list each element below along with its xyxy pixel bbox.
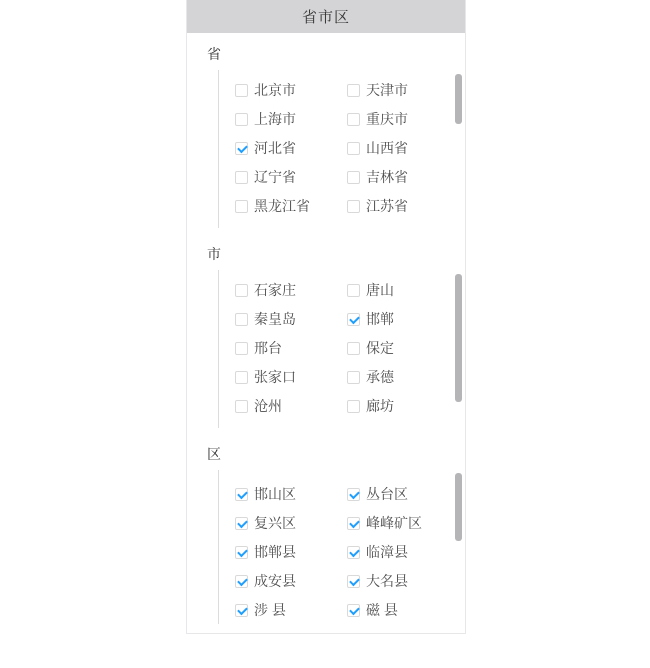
checkbox-label: 磁 县 [366, 602, 398, 619]
checkbox[interactable] [347, 546, 360, 559]
checkbox[interactable] [347, 284, 360, 297]
checkbox[interactable] [347, 575, 360, 588]
checkbox-item-xingtai[interactable]: 邢台 [235, 340, 347, 357]
checkbox-label: 邯山区 [254, 486, 296, 503]
panel-header: 省市区 [187, 0, 465, 33]
checkbox-item-chengan[interactable]: 成安县 [235, 573, 347, 590]
checkbox-item-jilin[interactable]: 吉林省 [347, 169, 438, 186]
checkbox-label: 峰峰矿区 [366, 515, 422, 532]
checkbox[interactable] [235, 171, 248, 184]
checkbox-label: 唐山 [366, 282, 394, 299]
checkbox-label: 吉林省 [366, 169, 408, 186]
checkbox-item-linzhang[interactable]: 临漳县 [347, 544, 438, 561]
checkbox[interactable] [235, 488, 248, 501]
checkbox[interactable] [235, 546, 248, 559]
checkbox-label: 天津市 [366, 82, 408, 99]
checkbox-label: 邢台 [254, 340, 282, 357]
checkbox-item-chongqing[interactable]: 重庆市 [347, 111, 438, 128]
checkbox-label: 复兴区 [254, 515, 296, 532]
checkbox-label: 江苏省 [366, 198, 408, 215]
checkbox[interactable] [347, 517, 360, 530]
checkbox[interactable] [347, 171, 360, 184]
checkbox-label: 上海市 [254, 111, 296, 128]
checkbox[interactable] [235, 371, 248, 384]
checkbox[interactable] [347, 313, 360, 326]
checkbox[interactable] [235, 342, 248, 355]
checkbox-item-fengfengkuang[interactable]: 峰峰矿区 [347, 515, 438, 532]
checkbox-label: 重庆市 [366, 111, 408, 128]
checkbox-item-congtai[interactable]: 丛台区 [347, 486, 438, 503]
checkbox-item-tianjin[interactable]: 天津市 [347, 82, 438, 99]
checkbox-label: 秦皇岛 [254, 311, 296, 328]
section-label-district: 区 [207, 446, 221, 462]
checkbox-item-hanshan[interactable]: 邯山区 [235, 486, 347, 503]
checkbox[interactable] [347, 488, 360, 501]
checkbox-item-shexian[interactable]: 涉 县 [235, 602, 347, 619]
checkbox[interactable] [347, 400, 360, 413]
checkbox-label: 石家庄 [254, 282, 296, 299]
checkbox-label: 黑龙江省 [254, 198, 310, 215]
checkbox-label: 邯郸 [366, 311, 394, 328]
checkbox-item-baoding[interactable]: 保定 [347, 340, 438, 357]
checkbox-item-fuxing[interactable]: 复兴区 [235, 515, 347, 532]
checkbox[interactable] [235, 313, 248, 326]
checkbox[interactable] [235, 604, 248, 617]
checkbox-item-shanghai[interactable]: 上海市 [235, 111, 347, 128]
checkbox[interactable] [347, 113, 360, 126]
checkbox-item-cixian[interactable]: 磁 县 [347, 602, 438, 619]
checkbox-item-beijing[interactable]: 北京市 [235, 82, 347, 99]
checkbox-item-shijiazhuang[interactable]: 石家庄 [235, 282, 347, 299]
city-scrollbar-thumb[interactable] [455, 274, 462, 402]
checkbox-label: 山西省 [366, 140, 408, 157]
checkbox-label: 北京市 [254, 82, 296, 99]
checkbox[interactable] [347, 342, 360, 355]
checkbox[interactable] [347, 200, 360, 213]
checkbox-item-handan-city[interactable]: 邯郸 [347, 311, 438, 328]
city-list: 石家庄 唐山 秦皇岛 邯郸 邢台 [218, 270, 438, 428]
district-scrollbar-thumb[interactable] [455, 473, 462, 541]
checkbox-label: 承德 [366, 369, 394, 386]
checkbox-item-daming[interactable]: 大名县 [347, 573, 438, 590]
checkbox-item-hebei[interactable]: 河北省 [235, 140, 347, 157]
province-scrollbar-thumb[interactable] [455, 74, 462, 124]
section-label-city: 市 [207, 246, 221, 262]
checkbox-item-heilongjiang[interactable]: 黑龙江省 [235, 198, 347, 215]
checkbox-item-qinhuangdao[interactable]: 秦皇岛 [235, 311, 347, 328]
checkbox[interactable] [235, 517, 248, 530]
district-list: 邯山区 丛台区 复兴区 峰峰矿区 邯郸县 [218, 470, 438, 624]
checkbox-label: 保定 [366, 340, 394, 357]
checkbox[interactable] [235, 400, 248, 413]
section-label-province: 省 [207, 46, 221, 62]
checkbox-item-zhangjiakou[interactable]: 张家口 [235, 369, 347, 386]
checkbox[interactable] [235, 284, 248, 297]
panel-title: 省市区 [302, 6, 350, 27]
checkbox[interactable] [347, 84, 360, 97]
checkbox[interactable] [347, 371, 360, 384]
checkbox-item-liaoning[interactable]: 辽宁省 [235, 169, 347, 186]
checkbox-item-cangzhou[interactable]: 沧州 [235, 398, 347, 415]
checkbox[interactable] [235, 113, 248, 126]
checkbox-label: 河北省 [254, 140, 296, 157]
checkbox-label: 辽宁省 [254, 169, 296, 186]
checkbox[interactable] [347, 604, 360, 617]
checkbox-label: 临漳县 [366, 544, 408, 561]
checkbox-item-tangshan[interactable]: 唐山 [347, 282, 438, 299]
checkbox[interactable] [235, 142, 248, 155]
checkbox-label: 沧州 [254, 398, 282, 415]
checkbox-item-shanxi[interactable]: 山西省 [347, 140, 438, 157]
checkbox[interactable] [347, 142, 360, 155]
checkbox-item-langfang[interactable]: 廊坊 [347, 398, 438, 415]
checkbox-label: 成安县 [254, 573, 296, 590]
checkbox-label: 丛台区 [366, 486, 408, 503]
checkbox-label: 邯郸县 [254, 544, 296, 561]
region-picker-panel: 省市区 省 北京市 天津市 上海市 重庆市 [186, 0, 466, 634]
checkbox-item-jiangsu[interactable]: 江苏省 [347, 198, 438, 215]
checkbox-item-chengde[interactable]: 承德 [347, 369, 438, 386]
checkbox-item-handan-county[interactable]: 邯郸县 [235, 544, 347, 561]
checkbox[interactable] [235, 84, 248, 97]
checkbox[interactable] [235, 575, 248, 588]
checkbox-label: 涉 县 [254, 602, 286, 619]
checkbox-label: 大名县 [366, 573, 408, 590]
province-list: 北京市 天津市 上海市 重庆市 河北省 [218, 70, 438, 228]
checkbox-label: 张家口 [254, 369, 296, 386]
checkbox-label: 廊坊 [366, 398, 394, 415]
checkbox[interactable] [235, 200, 248, 213]
page: 省市区 省 北京市 天津市 上海市 重庆市 [0, 0, 650, 668]
